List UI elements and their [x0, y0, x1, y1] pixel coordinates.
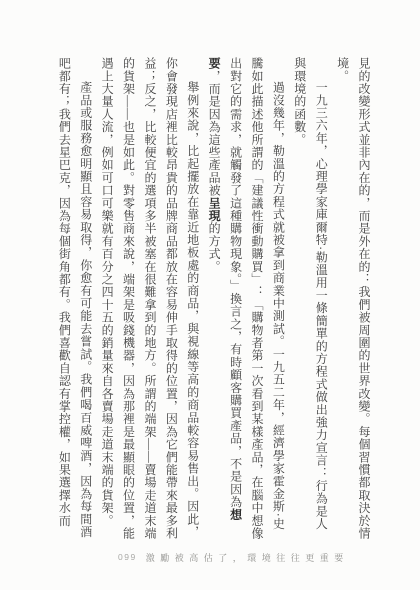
text-segment: 過沒幾年，勒溫的方程式就被拿到商業中測試。一九五二年，經濟學家霍金斯·史騰如此描…: [229, 57, 286, 540]
text-segment: 的方式。: [207, 222, 221, 273]
footer: 099 激勵被高估了，環境往往更重要: [118, 550, 349, 564]
paragraph: 一九三六年，心理學家庫爾特·勒溫用一條簡單的方程式做出強力宣言：行為是人與環境的…: [288, 57, 331, 541]
paragraph: 產品或服務愈明顯且容易取得，你愈有可能去嘗試。我們喝百威啤酒，因為每間酒吧都有；…: [53, 57, 96, 541]
paragraph: 舉例來說，比起擺放在靠近地板處的商品，與視線等高的商品較容易售出。因此，你會發現…: [96, 57, 203, 541]
text-segment: 見的改變形式並非內在的，而是外在的：我們被周圍的世界改變。每個習慣都取決於情境。: [336, 57, 371, 540]
text-segment: 一九三六年，心理學家庫爾特·勒溫用一條簡單的方程式做出強力宣言：行為是人與環境的…: [293, 57, 328, 530]
paragraph: 過沒幾年，勒溫的方程式就被拿到商業中測試。一九五二年，經濟學家霍金斯·史騰如此描…: [203, 57, 289, 541]
text-segment: 產品或服務愈明顯且容易取得，你愈有可能去嘗試。我們喝百威啤酒，因為每間酒吧都有；…: [57, 57, 92, 538]
emphasized-text: 呈現: [207, 197, 221, 222]
page-number: 099: [118, 552, 137, 562]
text-segment: 舉例來說，比起擺放在靠近地板處的商品，與視線等高的商品較容易售出。因此，你會發現…: [100, 57, 200, 540]
body-text: 見的改變形式並非內在的，而是外在的：我們被周圍的世界改變。每個習慣都取決於情境。…: [28, 57, 374, 541]
chapter-title: 激勵被高估了，環境往往更重要: [146, 551, 349, 564]
book-page: 見的改變形式並非內在的，而是外在的：我們被周圍的世界改變。每個習慣都取決於情境。…: [0, 0, 420, 590]
paragraph: 見的改變形式並非內在的，而是外在的：我們被周圍的世界改變。每個習慣都取決於情境。: [331, 57, 374, 541]
text-segment: ，而是因為這些產品被: [207, 70, 221, 197]
